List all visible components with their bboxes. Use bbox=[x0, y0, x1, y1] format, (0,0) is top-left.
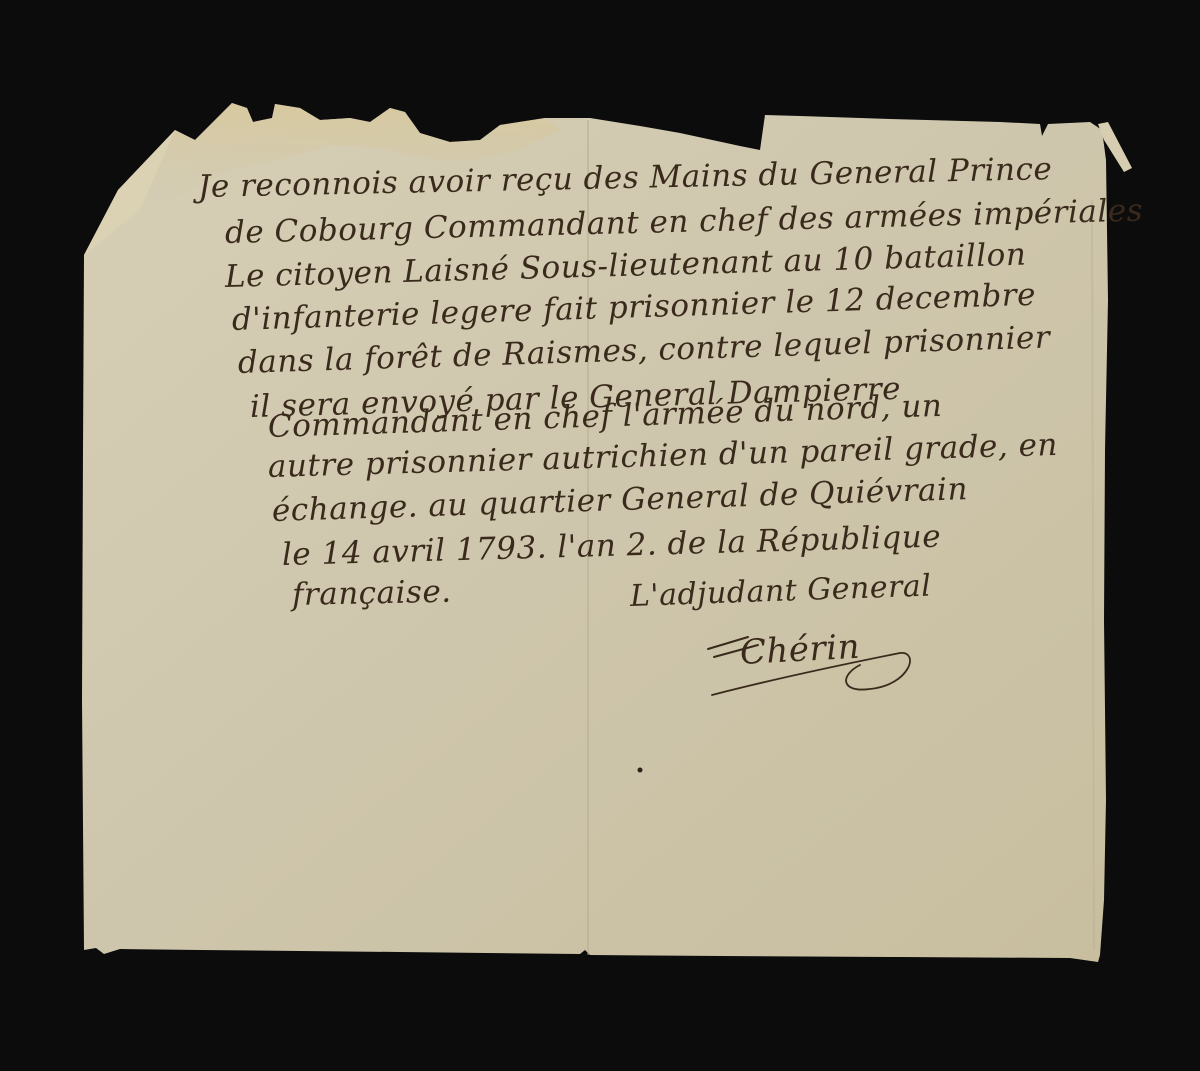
letter-line-9: échange. au quartier General de Quiévrai… bbox=[272, 474, 969, 527]
letter-line-10: le 14 avril 1793. l'an 2. de la Républiq… bbox=[282, 522, 942, 571]
letter-line-11: française. bbox=[292, 577, 452, 611]
signature-flourish bbox=[700, 625, 920, 705]
letter-line-1: Je reconnois avoir reçu des Mains du Gen… bbox=[198, 154, 1053, 203]
signatory-title: L'adjudant General bbox=[629, 571, 931, 612]
handwritten-text: Je reconnois avoir reçu des Mains du Gen… bbox=[0, 0, 1200, 1071]
document-photo: Je reconnois avoir reçu des Mains du Gen… bbox=[0, 0, 1200, 1071]
